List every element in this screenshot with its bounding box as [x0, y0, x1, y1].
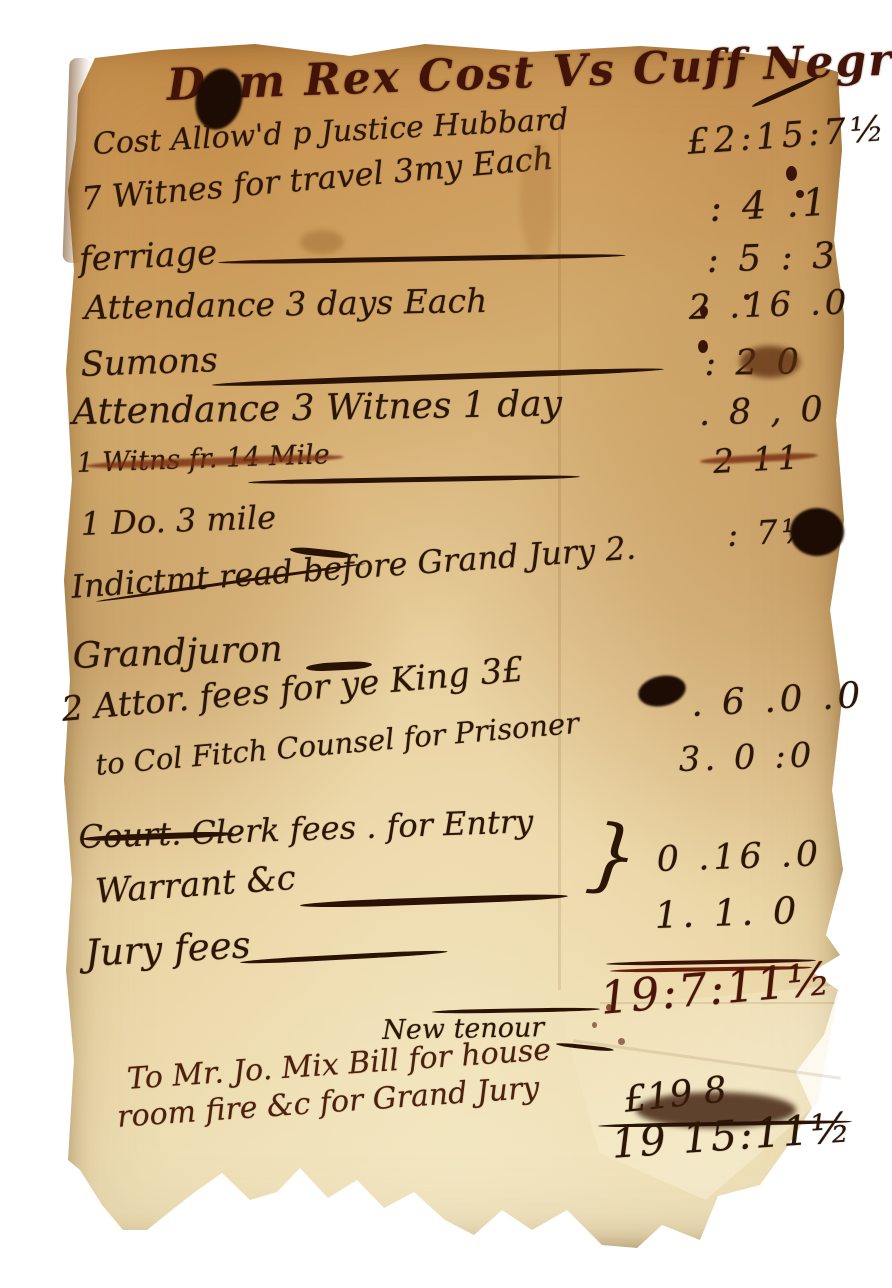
entry-line: Attendance 3 Witnes 1 day [72, 383, 562, 433]
entry-amount: 2 .16 .0 [688, 282, 851, 328]
ink-spot [786, 166, 797, 181]
entry-line: Sumons [80, 340, 219, 385]
ink-spot [700, 306, 708, 317]
entry-line: Jury fees [84, 923, 252, 975]
entry-amount: 0 .16 .0 [656, 834, 823, 880]
entry-line: 1 Do. 3 mile [80, 498, 277, 543]
entry-line: Grandjuron [72, 629, 283, 677]
ink-spot [606, 1004, 612, 1011]
stain [300, 230, 344, 254]
ink-spot [618, 1038, 625, 1045]
ink-spot [698, 340, 708, 353]
entry-line: Attendance 3 days Each [84, 281, 488, 327]
brace-mark: } [582, 806, 642, 904]
entry-line: ferriage [78, 233, 218, 280]
ink-blot [790, 508, 844, 556]
ink-spot [744, 294, 750, 300]
entry-amount: . 8 , 0 [698, 390, 827, 434]
ink-spot [592, 1022, 597, 1028]
stain [740, 346, 800, 378]
ink-spot [796, 190, 804, 198]
entry-amount: : 4 .1 [708, 180, 832, 230]
entry-amount: 1. 1. 0 [654, 889, 801, 937]
entry-amount: 3. 0 :0 [678, 735, 816, 780]
stain [520, 140, 556, 260]
entry-amount: : 5 : 3 [706, 235, 840, 281]
scanned-manuscript-page: Dom Rex Cost Vs Cuff Negro Cost Allow'd … [0, 0, 892, 1288]
